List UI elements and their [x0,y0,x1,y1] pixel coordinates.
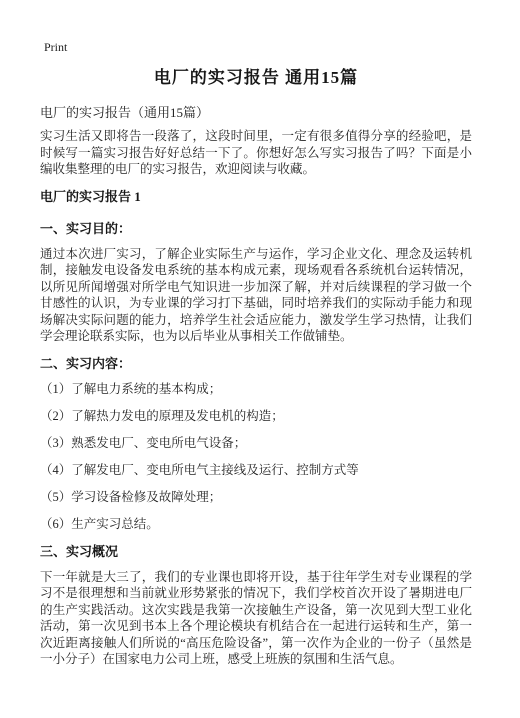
document-page: Print 电厂的实习报告 通用15篇 电厂的实习报告（通用15篇） 实习生活又… [0,0,520,718]
print-link[interactable]: Print [44,40,472,54]
report-1-heading: 电厂的实习报告 1 [40,188,472,205]
section-2-heading: 二、实习内容： [40,355,472,372]
list-item-1: （1）了解电力系统的基本构成； [40,381,472,398]
list-item-4: （4）了解发电厂、变电所电气主接线及运行、控制方式等 [40,462,472,479]
section-3-heading: 三、实习概况 [40,543,472,560]
intro-paragraph: 实习生活又即将告一段落了，这段时间里，一定有很多值得分享的经验吧，是时候写一篇实… [40,128,472,178]
list-item-3: （3）熟悉发电厂、变电所电气设备； [40,435,472,452]
section-1-paragraph: 通过本次进厂实习，了解企业实际生产与运作，学习企业文化、理念及运转机制，接触发电… [40,246,472,345]
section-1-heading: 一、实习目的： [40,220,472,237]
list-item-5: （5）学习设备检修及故障处理； [40,489,472,506]
list-item-2: （2）了解热力发电的原理及发电机的构造； [40,408,472,425]
document-title: 电厂的实习报告 通用15篇 [40,67,472,89]
list-item-6: （6）生产实习总结。 [40,516,472,533]
document-subtitle: 电厂的实习报告（通用15篇） [40,104,472,121]
section-3-paragraph: 下一年就是大三了，我们的专业课也即将开设，基于往年学生对专业课程的学习不是很理想… [40,569,472,668]
